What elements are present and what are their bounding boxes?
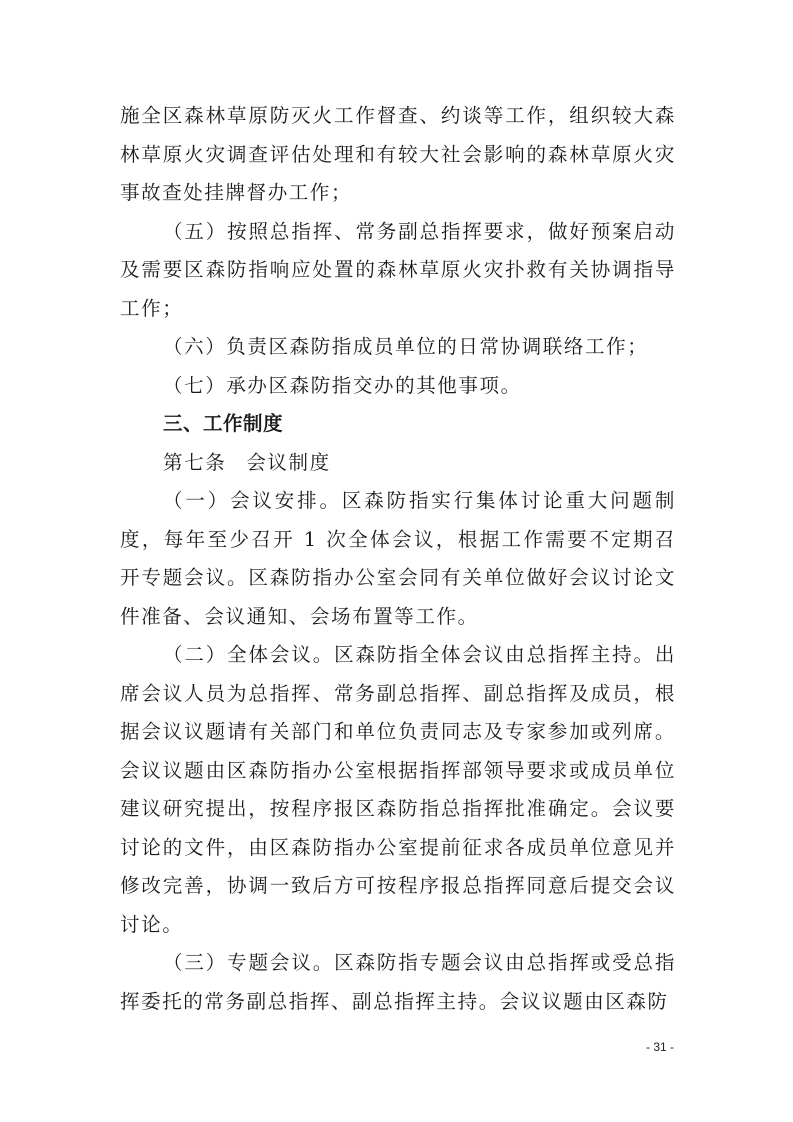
paragraph-special-meeting: （三）专题会议。区森防指专题会议由总指挥或受总指挥委托的常务副总指挥、副总指挥主…	[120, 944, 676, 1021]
paragraph-continuation: 施全区森林草原防灭火工作督查、约谈等工作，组织较大森林草原火灾调查评估处理和有较…	[120, 97, 676, 213]
article-title: 会议制度	[246, 451, 330, 474]
paragraph-plenary-meeting: （二）全体会议。区森防指全体会议由总指挥主持。出席会议人员为总指挥、常务副总指挥…	[120, 636, 676, 944]
document-body: 施全区森林草原防灭火工作督查、约谈等工作，组织较大森林草原火灾调查评估处理和有较…	[120, 97, 676, 1021]
page-number: - 31 -	[640, 1040, 680, 1054]
section-heading: 三、工作制度	[120, 405, 676, 444]
article-number: 第七条	[163, 451, 226, 474]
paragraph-item-5: （五）按照总指挥、常务副总指挥要求，做好预案启动及需要区森防指响应处置的森林草原…	[120, 213, 676, 329]
paragraph-meeting-arrangement: （一）会议安排。区森防指实行集体讨论重大问题制度，每年至少召开 1 次全体会议，…	[120, 482, 676, 636]
document-page: 施全区森林草原防灭火工作督查、约谈等工作，组织较大森林草原火灾调查评估处理和有较…	[0, 0, 793, 1122]
article-heading: 第七条会议制度	[120, 444, 676, 483]
paragraph-item-7: （七）承办区森防指交办的其他事项。	[120, 367, 676, 406]
paragraph-item-6: （六）负责区森防指成员单位的日常协调联络工作；	[120, 328, 676, 367]
